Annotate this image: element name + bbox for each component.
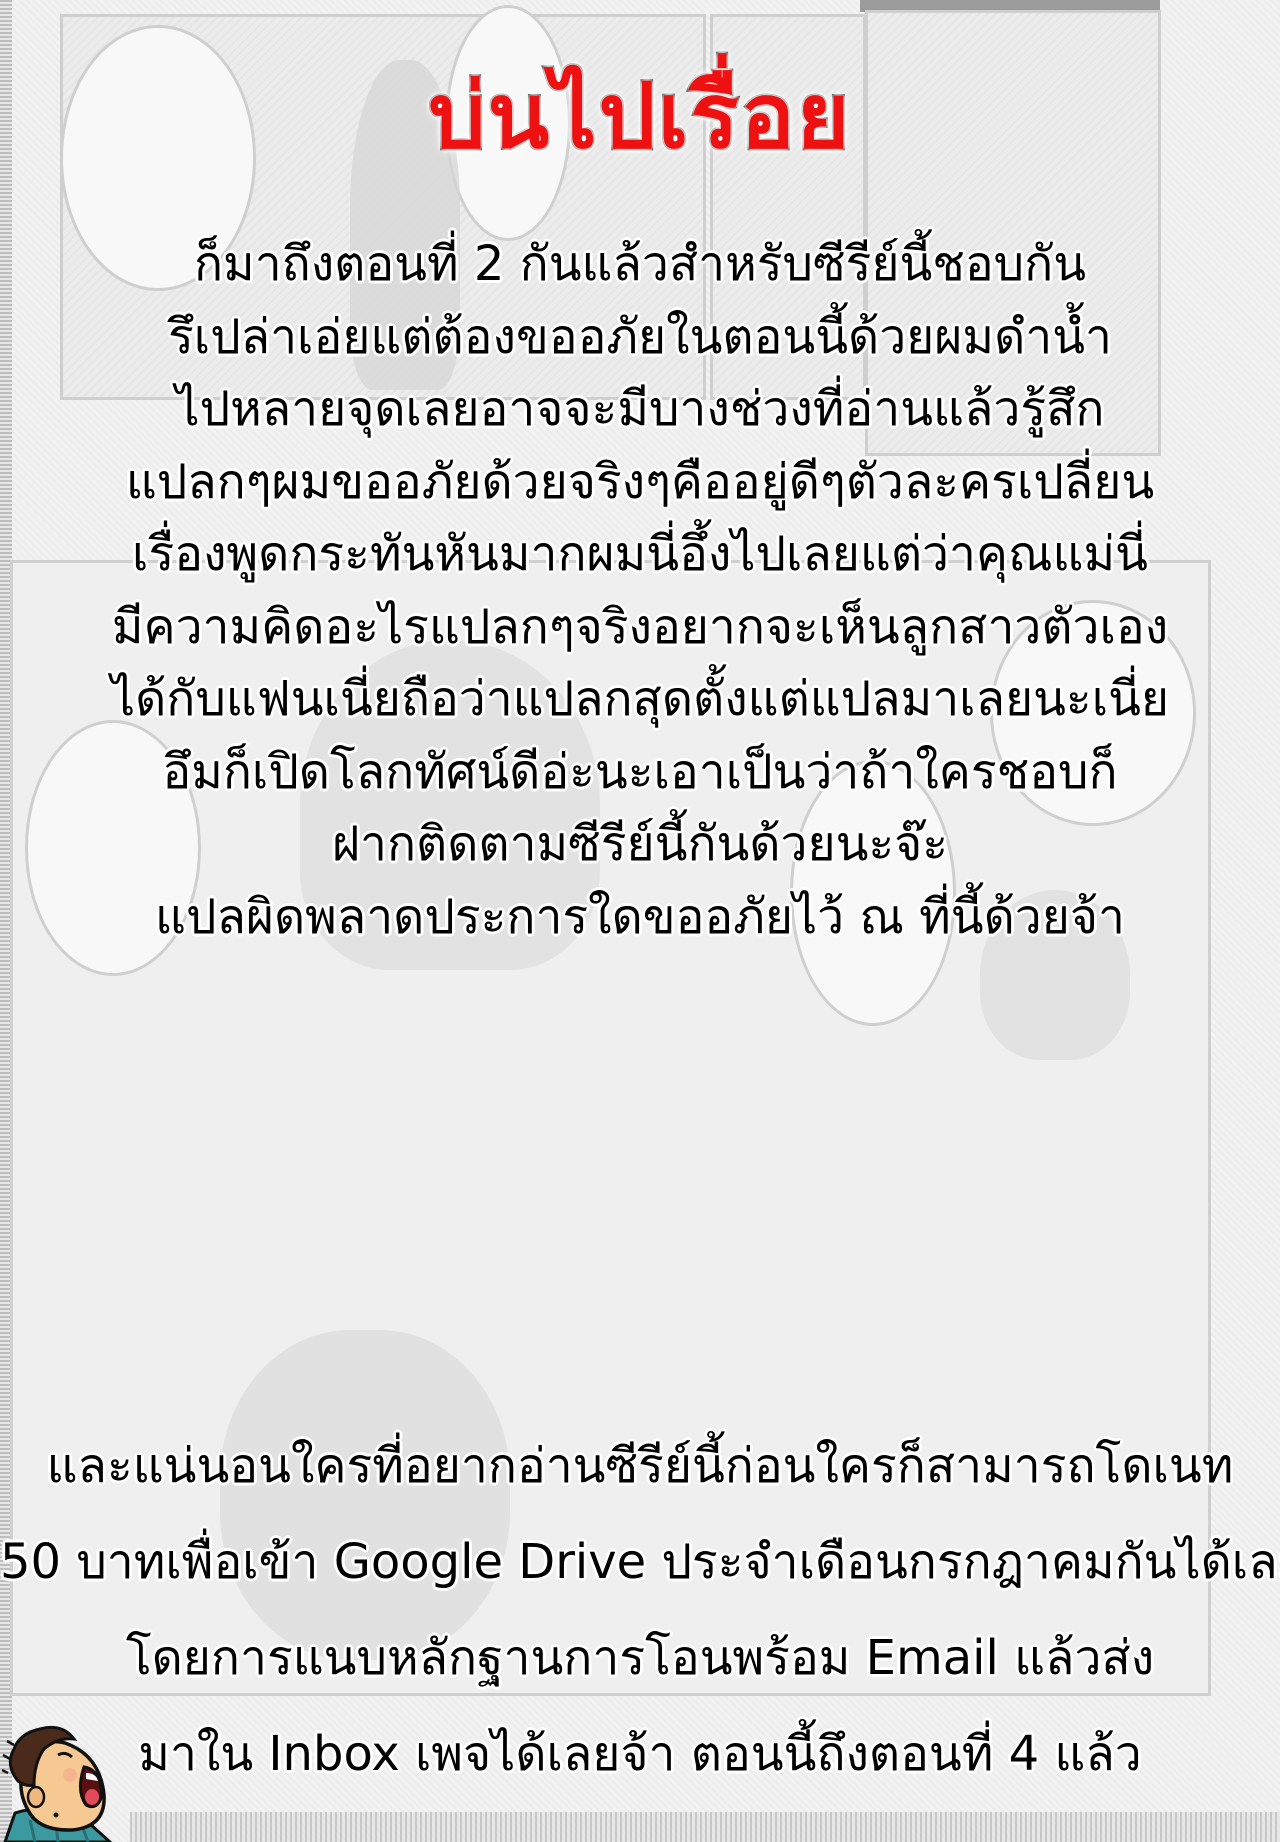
intro-line: อึมก็เปิดโลกทัศน์ดีอ่ะนะเอาเป็นว่าถ้าใคร… [0,736,1280,809]
intro-line: ฝากติดตามซีรีย์นี้กันด้วยนะจ๊ะ [0,808,1280,881]
donation-line: และแน่นอนใครที่อยากอ่านซีรีย์นี้ก่อนใครก… [0,1418,1280,1514]
intro-paragraph: ก็มาถึงตอนที่ 2 กันแล้วสำหรับซีรีย์นี้ชอ… [0,228,1280,953]
intro-line: รึเปล่าเอ่ยแต่ต้องขออภัยในตอนนี้ด้วยผมดำ… [0,301,1280,374]
donation-line: โดยการแนบหลักฐานการโอนพร้อม Email แล้วส่… [0,1610,1280,1706]
intro-line: ได้กับแฟนเนี่ยถือว่าแปลกสุดตั้งแต่แปลมาเ… [0,663,1280,736]
panel-border-bottom [130,1812,1280,1842]
intro-line: แปลกๆผมขออภัยด้วยจริงๆคืออยู่ดีๆตัวละครเ… [0,446,1280,519]
donation-line: มาใน Inbox เพจได้เลยจ้า ตอนนี้ถึงตอนที่ … [0,1706,1280,1802]
laughing-man-avatar-icon [0,1715,130,1842]
intro-line: เรื่องพูดกระทันหันมากผมนี่อึ้งไปเลยแต่ว่… [0,518,1280,591]
intro-line: ไปหลายจุดเลยอาจจะมีบางช่วงที่อ่านแล้วรู้… [0,373,1280,446]
intro-line: มีความคิดอะไรแปลกๆจริงอยากจะเห็นลูกสาวตั… [0,591,1280,664]
donation-paragraph: และแน่นอนใครที่อยากอ่านซีรีย์นี้ก่อนใครก… [0,1418,1280,1802]
donation-line: 50 บาทเพื่อเข้า Google Drive ประจำเดือนก… [0,1514,1280,1610]
intro-line: แปลผิดพลาดประการใดขออภัยไว้ ณ ที่นี้ด้วย… [0,881,1280,954]
page-title: บ่นไปเรื่อย [0,72,1280,162]
translator-note-page: บ่นไปเรื่อย ก็มาถึงตอนที่ 2 กันแล้วสำหรั… [0,0,1280,1842]
intro-line: ก็มาถึงตอนที่ 2 กันแล้วสำหรับซีรีย์นี้ชอ… [0,228,1280,301]
